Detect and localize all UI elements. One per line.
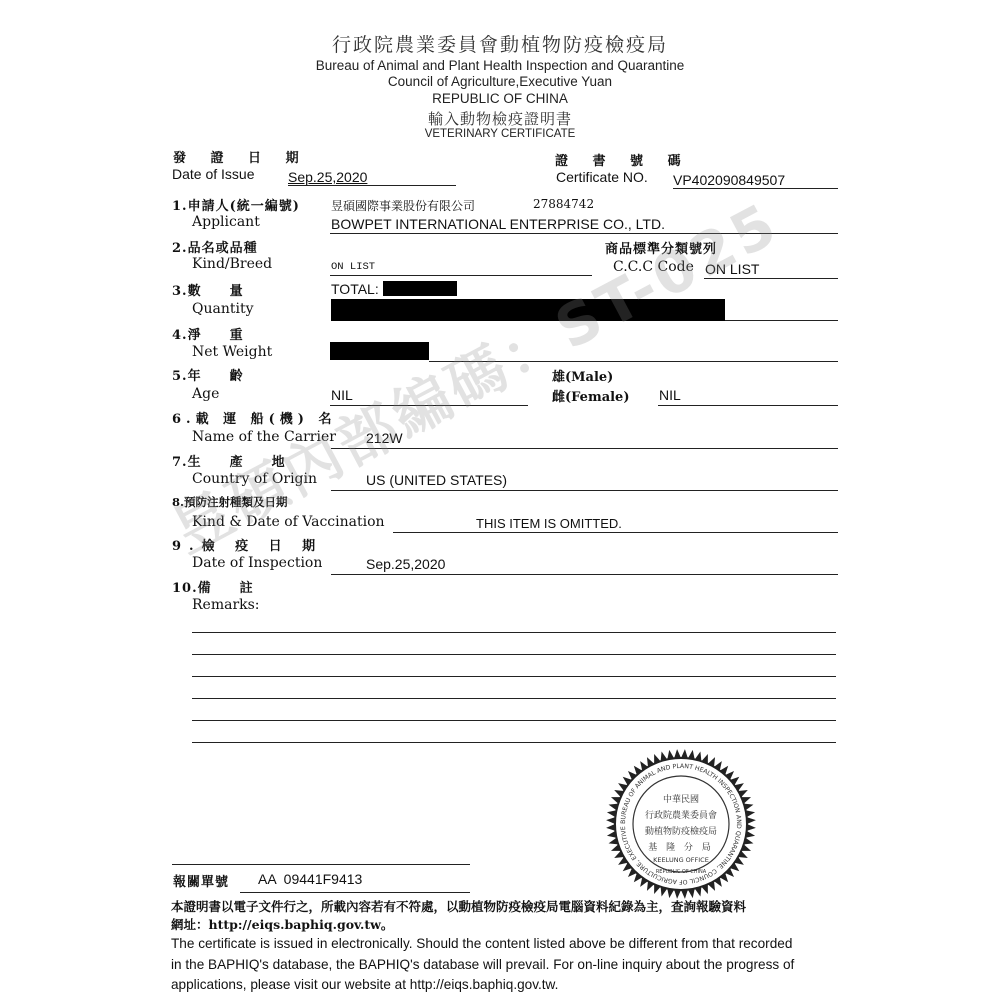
vaccination-value: THIS ITEM IS OMITTED.: [476, 516, 622, 531]
remarks-label: Remarks:: [192, 597, 260, 613]
applicant-label-zh: 1.申請人(統一編號): [172, 195, 300, 214]
seal-line-3: 動植物防疫檢疫局: [605, 824, 757, 837]
certificate-no-label-zh: 證 書 號 碼: [555, 150, 691, 169]
country-name: REPUBLIC OF CHINA: [0, 91, 1000, 106]
remarks-line: [192, 720, 836, 721]
document-title-zh: 輸入動物檢疫證明書: [0, 108, 1000, 129]
remarks-line: [192, 654, 836, 655]
seal-line-2: 行政院農業委員會: [605, 808, 757, 821]
customs-no-label: 報關單號: [173, 871, 229, 890]
issue-date-value: Sep.25,2020: [288, 169, 367, 185]
applicant-name-en: BOWPET INTERNATIONAL ENTERPRISE CO., LTD…: [331, 216, 665, 232]
remarks-line: [192, 742, 836, 743]
inspection-label-zh: 9.檢 疫 日 期: [172, 535, 323, 554]
ccc-value: ON LIST: [705, 261, 759, 277]
age-label-zh: 5.年 齡: [172, 365, 244, 384]
council-name: Council of Agriculture,Executive Yuan: [0, 74, 1000, 89]
age-label: Age: [192, 386, 219, 402]
carrier-value: 212W: [366, 430, 403, 446]
applicant-name-zh: 昱碩國際事業股份有限公司: [331, 197, 475, 214]
seal-office-en: KEELUNG OFFICE: [605, 856, 757, 864]
agency-name-zh: 行政院農業委員會動植物防疫檢疫局: [0, 30, 1000, 57]
remarks-line: [192, 698, 836, 699]
applicant-tax-id: 27884742: [533, 197, 594, 211]
agency-name-en: Bureau of Animal and Plant Health Inspec…: [0, 58, 1000, 73]
origin-value: US (UNITED STATES): [366, 472, 507, 488]
origin-label: Country of Origin: [192, 471, 317, 487]
remarks-label-zh: 10.備 註: [172, 577, 254, 596]
official-seal: BUREAU OF ANIMAL AND PLANT HEALTH INSPEC…: [605, 748, 757, 900]
vaccination-label-zh: 8.預防注射種類及日期: [172, 494, 288, 510]
kind-value: ON LIST: [331, 261, 375, 273]
issue-date-label: Date of Issue: [172, 166, 255, 182]
origin-label-zh: 7.生 產 地: [172, 451, 286, 470]
certificate-no-label: Certificate NO.: [556, 169, 648, 185]
quantity-detail-redaction: [331, 299, 725, 321]
quantity-label: Quantity: [192, 301, 254, 317]
certificate-no-value: VP402090849507: [673, 172, 785, 188]
sex-value: NIL: [659, 387, 681, 403]
notice-zh-line-1: 本證明書以電子文件行之，所載內容若有不符處，以動植物防疫檢疫局電腦資料紀錄為主，…: [171, 897, 746, 915]
remarks-line: [192, 676, 836, 677]
inspection-value: Sep.25,2020: [366, 556, 445, 572]
customs-no-value: AA 09441F9413: [258, 871, 362, 887]
seal-line-1: 中華民國: [605, 792, 757, 805]
ccc-label-zh: 商品標準分類號列: [605, 238, 717, 257]
vaccination-label: Kind & Date of Vaccination: [192, 514, 385, 530]
age-value: NIL: [331, 387, 353, 403]
carrier-label: Name of the Carrier: [192, 429, 336, 445]
kind-label-zh: 2.品名或品種: [172, 237, 258, 256]
document-title-en: VETERINARY CERTIFICATE: [0, 128, 1000, 140]
remarks-line: [192, 632, 836, 633]
net-weight-redaction: [330, 342, 429, 360]
issue-date-label-zh: 發 證 日 期: [173, 147, 309, 166]
carrier-label-zh: 6.載 運 船(機) 名: [172, 408, 336, 427]
inspection-label: Date of Inspection: [192, 555, 322, 571]
notice-en-line-3: applications, please visit our website a…: [171, 977, 558, 992]
seal-country-en: REPUBLIC OF CHINA: [605, 869, 757, 875]
quantity-total-redaction: [383, 281, 457, 296]
kind-label: Kind/Breed: [192, 256, 272, 272]
notice-zh-line-2: 網址：http://eiqs.baphiq.gov.tw。: [171, 915, 393, 933]
applicant-label: Applicant: [192, 214, 260, 230]
seal-line-4: 基 隆 分 局: [605, 840, 757, 853]
quantity-prefix: TOTAL:: [331, 281, 379, 297]
net-weight-label: Net Weight: [192, 344, 272, 360]
net-weight-label-zh: 4.淨 重: [172, 324, 244, 343]
female-label: 雌(Female): [552, 386, 629, 405]
quantity-label-zh: 3.數 量: [172, 280, 244, 299]
male-label: 雄(Male): [552, 366, 613, 385]
notice-en-line-2: in the BAPHIQ's database, the BAPHIQ's d…: [171, 957, 794, 972]
ccc-label: C.C.C Code: [613, 259, 694, 275]
notice-en-line-1: The certificate is issued in electronica…: [171, 936, 792, 951]
